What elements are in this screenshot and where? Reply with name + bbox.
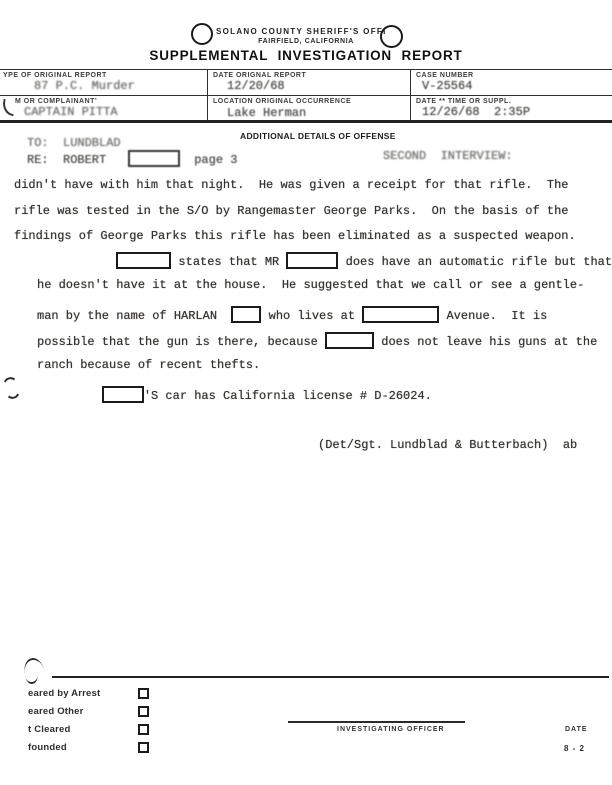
checkbox-cleared-other [138, 706, 149, 717]
text-run: possible that the gun is there, because [37, 335, 325, 349]
body-line: rifle was tested in the S/O by Rangemast… [14, 204, 569, 218]
report-title: SUPPLEMENTAL INVESTIGATION REPORT [149, 48, 462, 63]
field-label-date-original-report: DATE ORIGNAL REPORT [213, 72, 306, 79]
text-run: didn't have with him that night. He was … [14, 178, 569, 192]
redaction-box [116, 252, 171, 269]
field-value-complainant: CAPTAIN PITTA [24, 105, 118, 119]
disposition-label-cleared-by-arrest: eared by Arrest [28, 688, 100, 699]
field-value-location: Lake Herman [227, 106, 306, 120]
memo-right-note: SECOND INTERVIEW: [383, 149, 513, 163]
investigating-officer-rule [288, 721, 465, 723]
body-line: states that MR does have an automatic ri… [37, 252, 612, 269]
table-bottom-rule [0, 120, 612, 123]
memo-to-line: TO: LUNDBLAD [27, 136, 121, 150]
date-label: DATE [565, 726, 588, 733]
disposition-label-unfounded: founded [28, 742, 67, 753]
body-line: he doesn't have it at the house. He sugg… [37, 278, 584, 292]
text-run: Avenue. It is [439, 309, 547, 323]
text-run: states that MR [171, 255, 286, 269]
punch-hole-icon [21, 656, 44, 675]
section-title: ADDITIONAL DETAILS OF OFFENSE [240, 131, 396, 141]
text-run: who lives at [261, 309, 362, 323]
table-divider [410, 69, 411, 121]
text-run: does have an automatic rifle but that [338, 255, 612, 269]
agency-location: FAIRFIELD, CALIFORNIA [258, 38, 354, 45]
field-label-complainant: M OR COMPLAINANT' [15, 98, 97, 105]
form-number: 8 - 2 [564, 744, 585, 753]
checkbox-cleared-by-arrest [138, 688, 149, 699]
field-value-case-number: V-25564 [422, 79, 472, 93]
text-run: rifle was tested in the S/O by Rangemast… [14, 204, 569, 218]
body-line: ranch because of recent thefts. [37, 358, 260, 372]
field-label-type-of-original-report: YPE OF ORIGINAL REPORT [3, 72, 107, 79]
text-run [37, 389, 102, 403]
text-run: findings of George Parks this rifle has … [14, 229, 576, 243]
text-run: RE: ROBERT [27, 153, 128, 167]
field-value-date-time-suppl: 12/26/68 2:35P [422, 105, 530, 119]
table-mid-rule [0, 95, 612, 96]
punch-hole-icon [191, 23, 213, 45]
field-label-date-time-or-suppl: DATE ** TIME OR SUPPL. [416, 98, 511, 105]
text-run: ranch because of recent thefts. [37, 358, 260, 372]
text-run: man by the name of HARLAN [37, 309, 231, 323]
disposition-label-cleared-other: eared Other [28, 706, 84, 717]
table-divider [207, 69, 208, 121]
redaction-box [128, 150, 180, 167]
checkbox-unfounded [138, 742, 149, 753]
body-line: 'S car has California license # D-26024. [37, 386, 432, 403]
text-run: 'S car has California license # D-26024. [144, 389, 432, 403]
scanned-supplemental-report-page: SOLANO COUNTY SHERIFF'S OFFI FAIRFIELD, … [0, 0, 612, 785]
redaction-box [102, 386, 144, 403]
redaction-box [231, 306, 261, 323]
text-run: page 3 [180, 153, 238, 167]
agency-name: SOLANO COUNTY SHERIFF'S OFFI [216, 27, 387, 36]
body-line: possible that the gun is there, because … [37, 332, 597, 349]
signature-line: (Det/Sgt. Lundblad & Butterbach) ab [318, 438, 577, 452]
investigating-officer-label: INVESTIGATING OFFICER [337, 726, 445, 733]
field-value-type-of-original-report: 87 P.C. Murder [34, 79, 135, 93]
redaction-box [286, 252, 338, 269]
scan-mark-arc [26, 675, 39, 685]
text-run: does not leave his guns at the [374, 335, 597, 349]
punch-hole-icon [1, 375, 23, 400]
table-top-rule [0, 69, 612, 70]
field-label-location-original-occurrence: LOCATION ORIGINAL OCCURRENCE [213, 98, 351, 105]
body-line: man by the name of HARLAN who lives at A… [37, 306, 547, 323]
field-value-date-original-report: 12/20/68 [227, 79, 285, 93]
body-line: didn't have with him that night. He was … [14, 178, 569, 192]
disposition-label-not-cleared: t Cleared [28, 724, 70, 735]
memo-re-line: RE: ROBERT page 3 [27, 150, 237, 167]
text-run: he doesn't have it at the house. He sugg… [37, 278, 584, 292]
checkbox-not-cleared [138, 724, 149, 735]
redaction-box [325, 332, 374, 349]
redaction-box [362, 306, 439, 323]
footer-top-rule [52, 676, 609, 678]
text-run [37, 255, 116, 269]
field-label-case-number: CASE NUMBER [416, 72, 474, 79]
body-line: findings of George Parks this rifle has … [14, 229, 576, 243]
